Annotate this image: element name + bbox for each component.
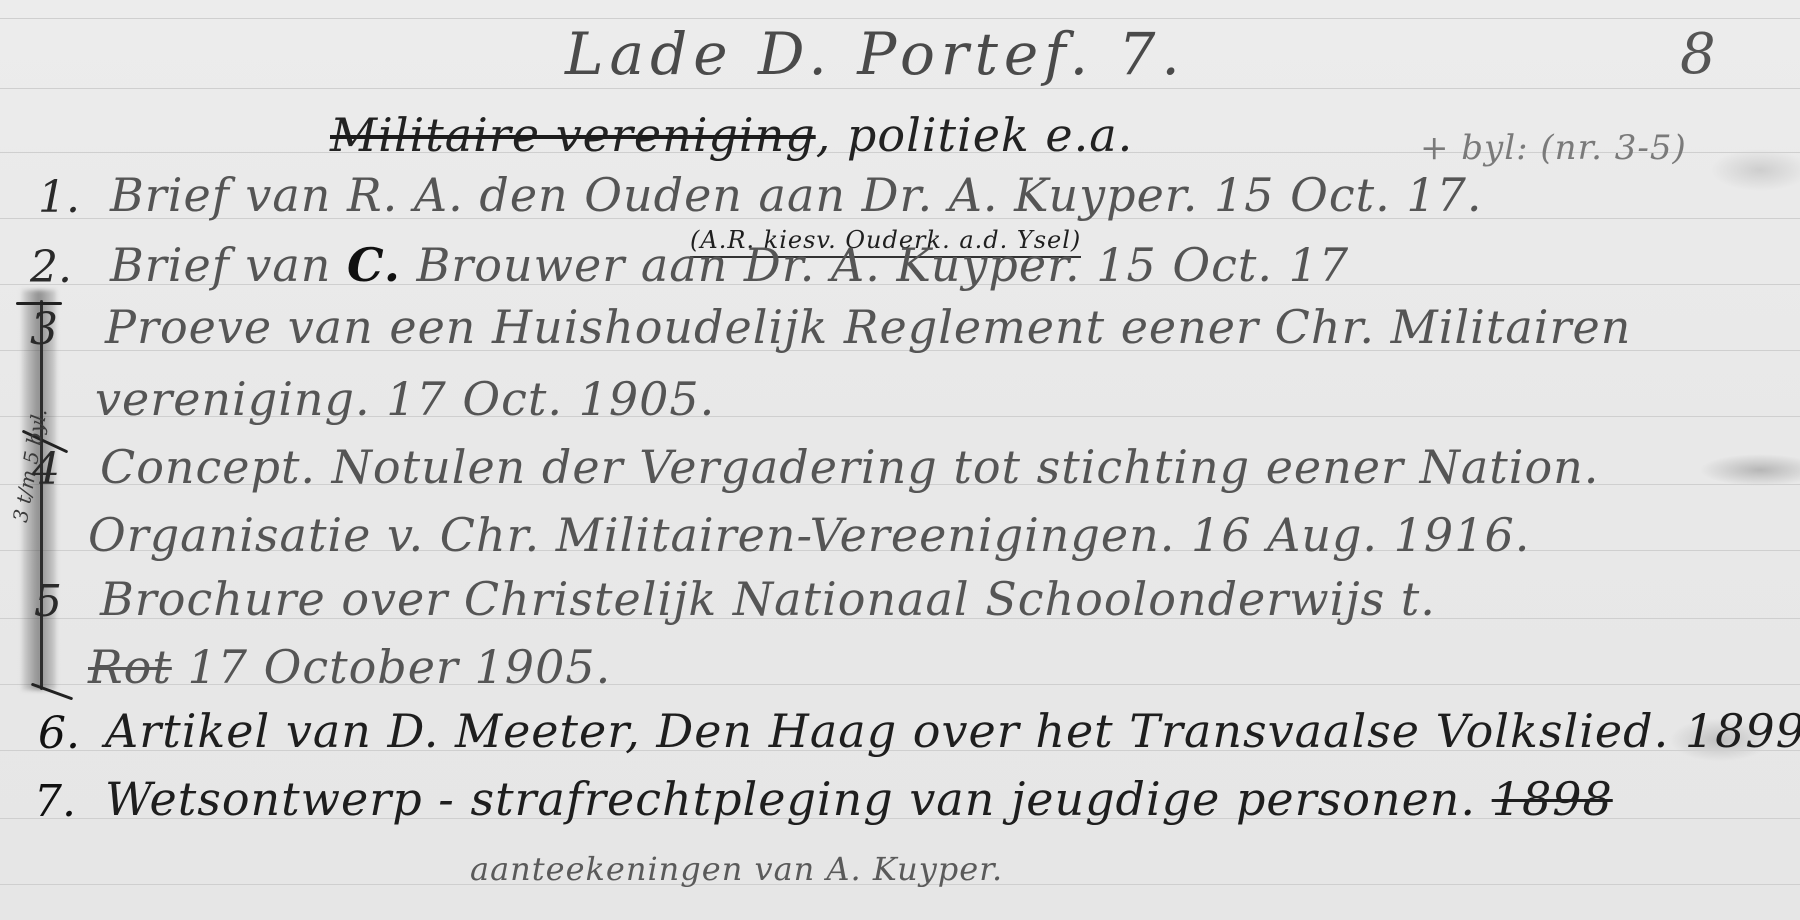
item-number: 4 [32,444,60,495]
item-number: 2. [30,242,72,293]
item-number: 3 [30,304,58,355]
document-page: 3 t/m 5 byl. Lade D. Portef. 7. 8 Milita… [0,0,1800,920]
ruled-line [0,88,1800,89]
subtitle-text: , politiek e.a. [816,108,1134,162]
item-text: Brouwer aan Dr. A. Kuyper. 15 Oct. 17 [401,238,1349,292]
list-item: Proeve van een Huishoudelijk Reglement e… [105,300,1631,354]
item-initial: C. [347,238,401,292]
list-item-continuation: Rot 17 October 1905. [88,640,611,694]
margin-bracket-line [40,300,43,690]
list-item: Concept. Notulen der Vergadering tot sti… [100,440,1599,494]
item-text: 17 October 1905. [172,640,611,694]
list-item: Artikel van D. Meeter, Den Haag over het… [105,704,1800,758]
list-item: Brief van C. Brouwer aan Dr. A. Kuyper. … [110,238,1349,292]
list-item: Wetsontwerp - strafrechtpleging van jeug… [105,772,1613,826]
item-number: 6. [38,708,80,759]
item-struck-word: Rot [88,640,172,694]
item-sub-note: aanteekeningen van A. Kuyper. [470,850,1003,888]
item-text: Brief van [110,238,347,292]
item-text: Wetsontwerp - strafrechtpleging van jeug… [105,772,1476,826]
list-item-continuation: Organisatie v. Chr. Militairen-Vereenigi… [88,508,1530,562]
item-number: 7. [34,776,76,827]
list-item: Brochure over Christelijk Nationaal Scho… [100,572,1436,626]
item-number: 5 [34,576,62,627]
subtitle: Militaire vereniging, politiek e.a. [330,108,1133,162]
corner-mark: 8 [1680,22,1717,87]
item-struck-year: 1898 [1492,772,1613,826]
ruled-line [0,18,1800,19]
page-title: Lade D. Portef. 7. [565,20,1186,88]
list-item-continuation: vereniging. 17 Oct. 1905. [95,372,715,426]
item-number: 1. [38,172,80,223]
list-item: Brief van R. A. den Ouden aan Dr. A. Kuy… [110,168,1483,222]
subtitle-struck: Militaire vereniging [330,108,816,162]
bijlagen-annotation: + byl: (nr. 3-5) [1420,128,1687,168]
